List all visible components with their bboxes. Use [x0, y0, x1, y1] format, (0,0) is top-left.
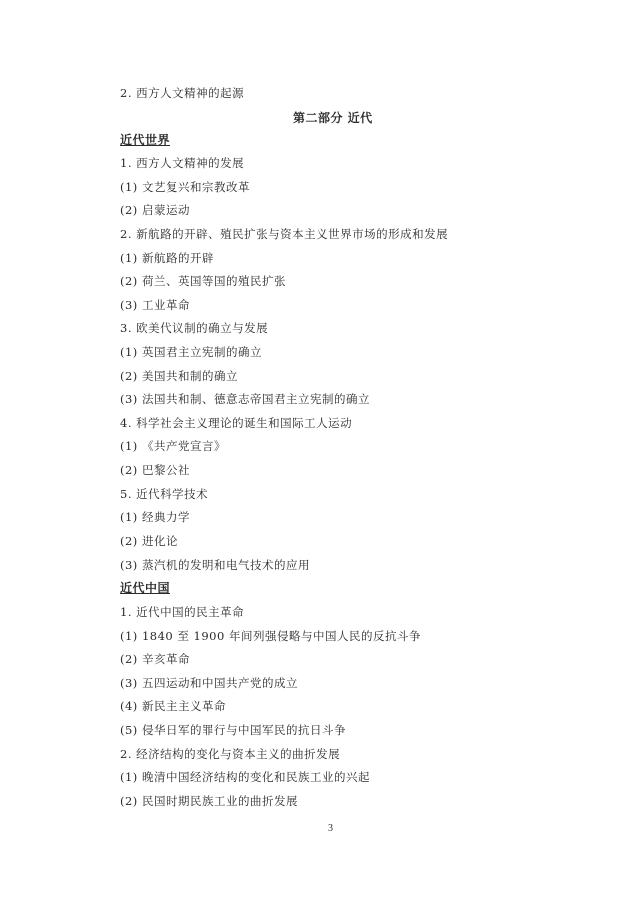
list-item: (2) 启蒙运动 [120, 203, 190, 217]
list-item: 5. 近代科学技术 [120, 487, 208, 501]
list-item: (1) 经典力学 [120, 510, 190, 524]
list-item: (1) 1840 至 1900 年间列强侵略与中国人民的反抗斗争 [120, 629, 421, 643]
list-item: 3. 欧美代议制的确立与发展 [120, 321, 268, 335]
page-number: 3 [328, 823, 333, 834]
list-item: 4. 科学社会主义理论的诞生和国际工人运动 [120, 416, 352, 430]
list-item: (1) 新航路的开辟 [120, 251, 214, 265]
section-heading-modern-world: 近代世界 [120, 133, 170, 147]
list-item: (2) 荷兰、英国等国的殖民扩张 [120, 274, 286, 288]
list-item: (5) 侵华日军的罪行与中国军民的抗日斗争 [120, 723, 346, 737]
list-item: (3) 工业革命 [120, 298, 190, 312]
part-title: 第二部分 近代 [293, 109, 373, 126]
list-item: (3) 五四运动和中国共产党的成立 [120, 676, 298, 690]
list-item: (2) 辛亥革命 [120, 652, 190, 666]
list-item: 1. 近代中国的民主革命 [120, 605, 244, 619]
list-item: (4) 新民主主义革命 [120, 699, 226, 713]
list-item: (3) 蒸汽机的发明和电气技术的应用 [120, 558, 310, 572]
list-item: (2) 民国时期民族工业的曲折发展 [120, 794, 298, 808]
list-item: 2. 西方人文精神的起源 [120, 86, 244, 100]
list-item: (2) 巴黎公社 [120, 463, 190, 477]
list-item: (1) 晚清中国经济结构的变化和民族工业的兴起 [120, 770, 370, 784]
list-item: (2) 进化论 [120, 534, 178, 548]
list-item: (3) 法国共和制、德意志帝国君主立宪制的确立 [120, 392, 370, 406]
list-item: (1) 《共产党宣言》 [120, 439, 226, 453]
document-page: 2. 西方人文精神的起源 第二部分 近代 近代世界 1. 西方人文精神的发展 (… [0, 0, 640, 905]
list-item: (2) 美国共和制的确立 [120, 369, 238, 383]
list-item: 2. 新航路的开辟、殖民扩张与资本主义世界市场的形成和发展 [120, 227, 448, 241]
list-item: 1. 西方人文精神的发展 [120, 156, 244, 170]
list-item: (1) 文艺复兴和宗教改革 [120, 180, 250, 194]
list-item: (1) 英国君主立宪制的确立 [120, 345, 262, 359]
list-item: 2. 经济结构的变化与资本主义的曲折发展 [120, 747, 340, 761]
section-heading-modern-china: 近代中国 [120, 581, 170, 595]
